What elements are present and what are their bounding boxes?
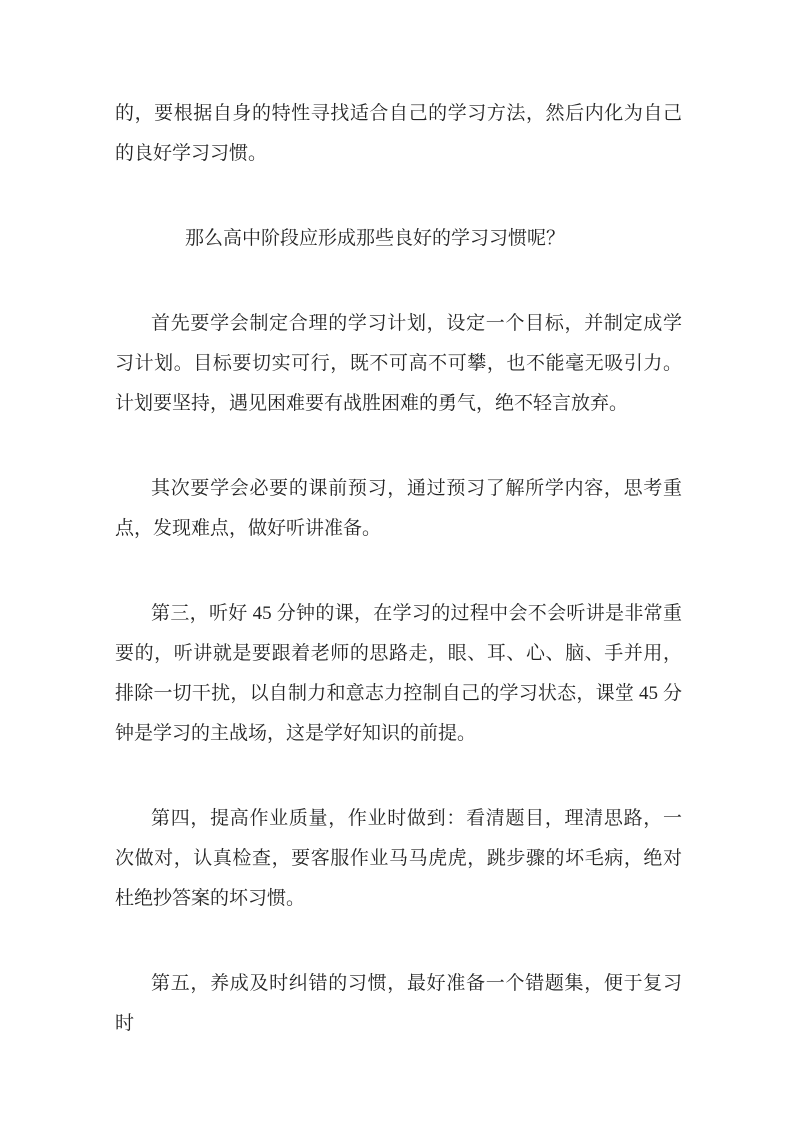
- paragraph-fifth-point: 第五，养成及时纠错的习惯，最好准备一个错题集，便于复习时: [115, 964, 682, 1044]
- document-page: 的，要根据自身的特性寻找适合自己的学习方法，然后内化为自己的良好学习习惯。 那么…: [0, 0, 793, 1122]
- paragraph-first-point: 首先要学会制定合理的学习计划，设定一个目标，并制定成学习计划。目标要切实可行，既…: [115, 304, 682, 424]
- paragraph-question: 那么高中阶段应形成那些良好的学习习惯呢？: [115, 219, 682, 259]
- paragraph-fourth-point: 第四，提高作业质量，作业时做到：看清题目，理清思路，一次做对，认真检查，要客服作…: [115, 799, 682, 919]
- paragraph-second-point: 其次要学会必要的课前预习，通过预习了解所学内容，思考重点，发现难点，做好听讲准备…: [115, 469, 682, 549]
- paragraph-third-point: 第三，听好 45 分钟的课，在学习的过程中会不会听讲是非常重要的，听讲就是要跟着…: [115, 594, 682, 754]
- paragraph-continuation: 的，要根据自身的特性寻找适合自己的学习方法，然后内化为自己的良好学习习惯。: [115, 94, 682, 174]
